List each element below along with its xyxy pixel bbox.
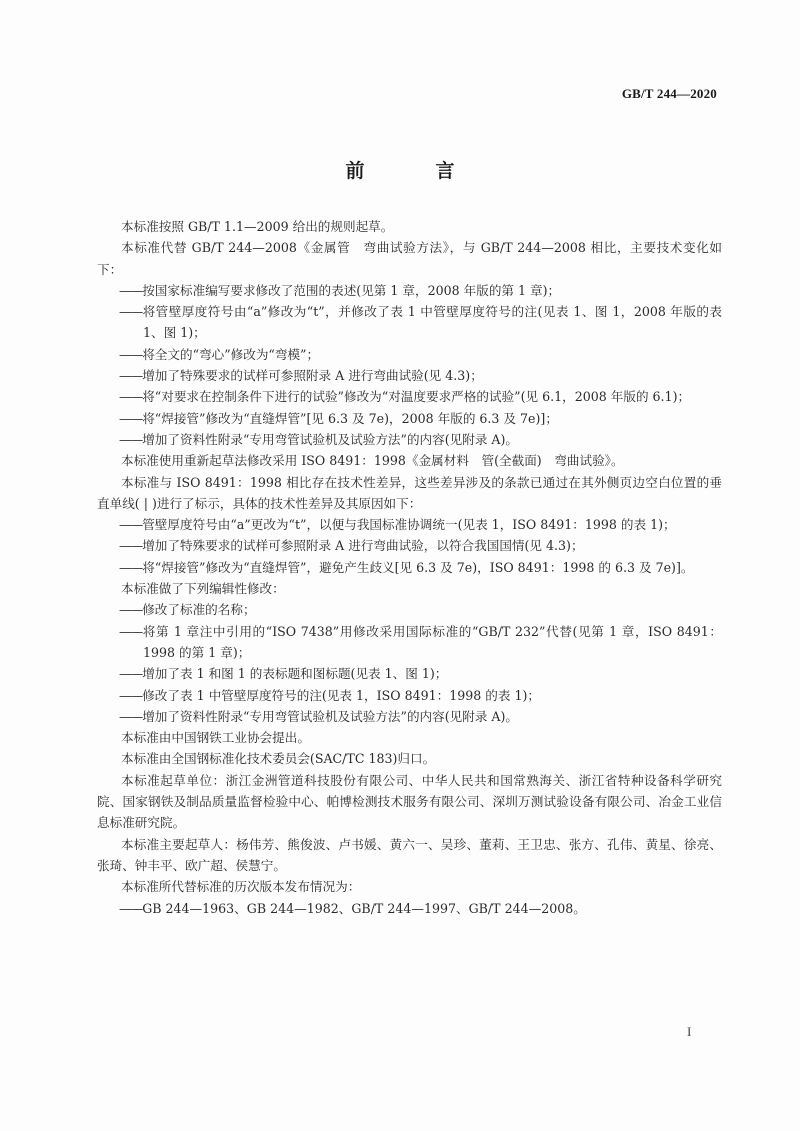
em-dash-bullet: —— — [119, 688, 142, 703]
em-dash-bullet: —— — [119, 432, 142, 447]
list-item: ——将“焊接管”修改为“直缝焊管”[见 6.3 及 7e)，2008 年版的 6… — [97, 408, 722, 429]
paragraph: 本标准代替 GB/T 244—2008《金属管 弯曲试验方法》，与 GB/T 2… — [97, 237, 722, 280]
list-item: ——增加了特殊要求的试样可参照附录 A 进行弯曲试验，以符合我国国情(见 4.3… — [97, 535, 722, 556]
paragraph: 本标准使用重新起草法修改采用 ISO 8491：1998《金属材料 管(全截面)… — [97, 450, 722, 471]
em-dash-bullet: —— — [119, 666, 142, 681]
em-dash-bullet: —— — [119, 624, 142, 639]
list-item: ——修改了表 1 中管壁厚度符号的注(见表 1，ISO 8491：1998 的表… — [97, 685, 722, 706]
list-item: ——将“对要求在控制条件下进行的试验”修改为“对温度要求严格的试验”(见 6.1… — [97, 386, 722, 407]
paragraph: 本标准做了下列编辑性修改： — [97, 578, 722, 599]
page-title: 前 言 — [0, 156, 800, 183]
em-dash-bullet: —— — [119, 538, 142, 553]
em-dash-bullet: —— — [119, 368, 142, 383]
paragraph: 本标准按照 GB/T 1.1—2009 给出的规则起草。 — [97, 216, 722, 237]
em-dash-bullet: —— — [119, 389, 142, 404]
em-dash-bullet: —— — [119, 347, 142, 362]
em-dash-bullet: —— — [119, 560, 142, 575]
em-dash-bullet: —— — [119, 901, 142, 916]
paragraph: 本标准起草单位：浙江金洲管道科技股份有限公司、中华人民共和国常熟海关、浙江省特种… — [97, 770, 722, 834]
list-item: ——增加了表 1 和图 1 的表标题和图标题(见表 1、图 1)； — [97, 663, 722, 684]
list-item: ——增加了资料性附录“专用弯管试验机及试验方法”的内容(见附录 A)。 — [97, 706, 722, 727]
em-dash-bullet: —— — [119, 411, 142, 426]
list-item: ——将第 1 章注中引用的“ISO 7438”用修改采用国际标准的“GB/T 2… — [97, 621, 722, 664]
document-page: GB/T 244—2020 前 言 本标准按照 GB/T 1.1—2009 给出… — [0, 0, 800, 1131]
paragraph: 本标准由中国钢铁工业协会提出。 — [97, 727, 722, 748]
em-dash-bullet: —— — [119, 602, 142, 617]
list-item: ——管壁厚度符号由“a”更改为“t”，以便与我国标准协调统一(见表 1，ISO … — [97, 514, 722, 535]
foreword-body: 本标准按照 GB/T 1.1—2009 给出的规则起草。 本标准代替 GB/T … — [97, 216, 722, 919]
em-dash-bullet: —— — [119, 517, 142, 532]
list-item: ——增加了特殊要求的试样可参照附录 A 进行弯曲试验(见 4.3)； — [97, 365, 722, 386]
list-item: ——GB 244—1963、GB 244—1982、GB/T 244—1997、… — [97, 898, 722, 919]
em-dash-bullet: —— — [119, 283, 142, 298]
standard-code: GB/T 244—2020 — [622, 86, 717, 102]
paragraph: 本标准与 ISO 8491：1998 相比存在技术性差异，这些差异涉及的条款已通… — [97, 472, 722, 515]
list-item: ——按国家标准编写要求修改了范围的表述(见第 1 章，2008 年版的第 1 章… — [97, 280, 722, 301]
paragraph: 本标准由全国钢标准化技术委员会(SAC/TC 183)归口。 — [97, 748, 722, 769]
em-dash-bullet: —— — [119, 304, 142, 319]
list-item: ——将“焊接管”修改为“直缝焊管”，避免产生歧义[见 6.3 及 7e)，ISO… — [97, 557, 722, 578]
page-number: I — [687, 1024, 691, 1040]
paragraph: 本标准所代替标准的历次版本发布情况为： — [97, 876, 722, 897]
em-dash-bullet: —— — [119, 709, 142, 724]
list-item: ——修改了标准的名称； — [97, 599, 722, 620]
list-item: ——增加了资料性附录“专用弯管试验机及试验方法”的内容(见附录 A)。 — [97, 429, 722, 450]
list-item: ——将全文的“弯心”修改为“弯模”； — [97, 344, 722, 365]
list-item: ——将管壁厚度符号由“a”修改为“t”，并修改了表 1 中管壁厚度符号的注(见表… — [97, 301, 722, 344]
paragraph: 本标准主要起草人：杨伟芳、熊俊波、卢书媛、黄六一、吴珍、董莉、王卫忠、张方、孔伟… — [97, 834, 722, 877]
